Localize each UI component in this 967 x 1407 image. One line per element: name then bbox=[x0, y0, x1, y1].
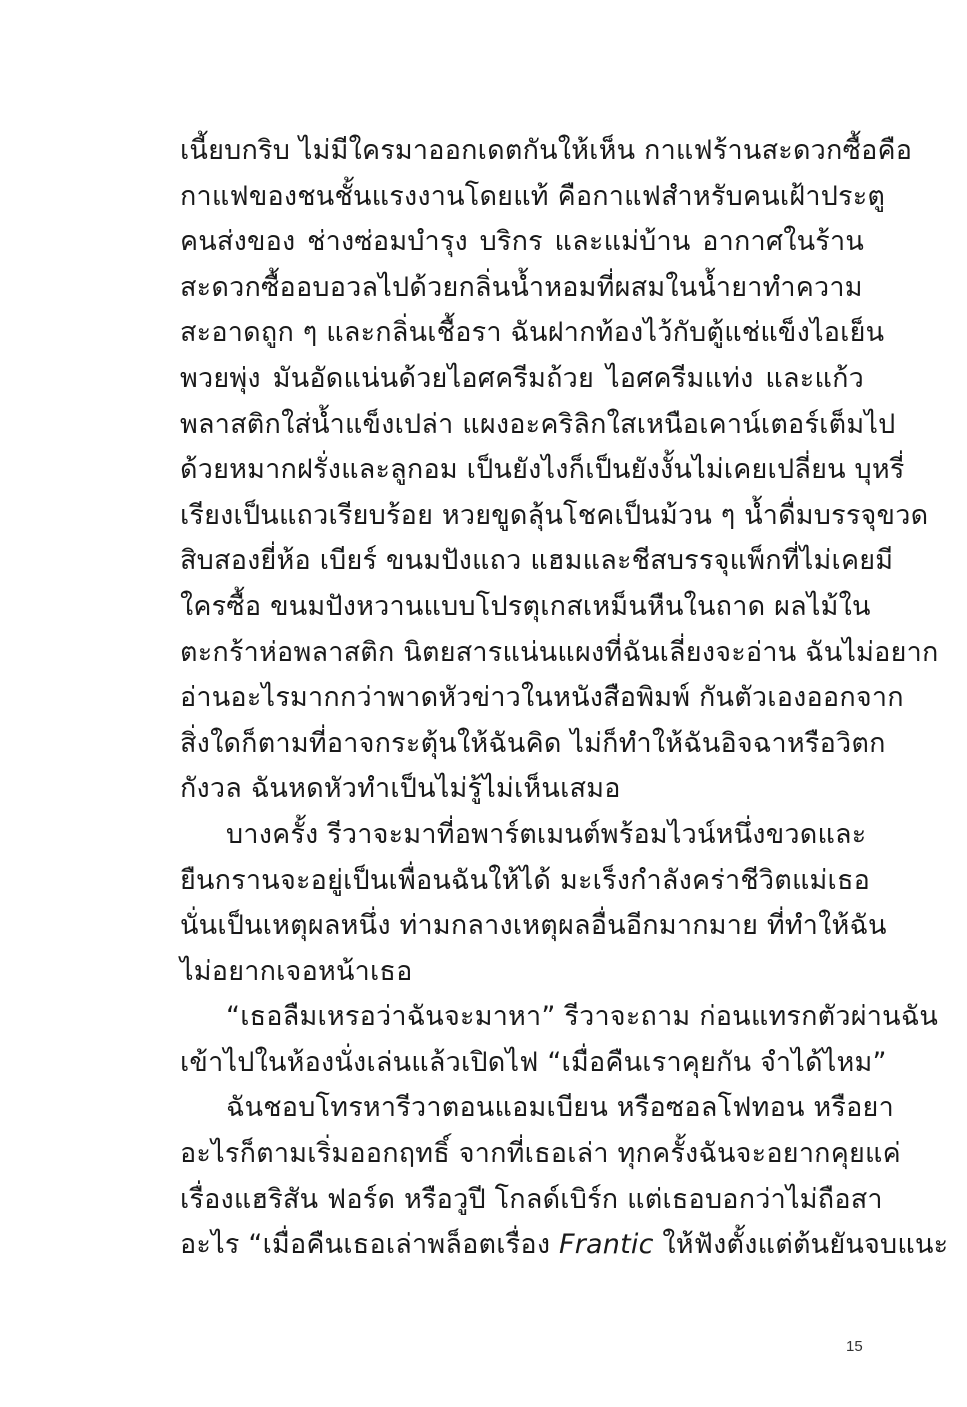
paragraph-start-line: “เธอลืมเหรอว่าฉันจะมาหา” รีวาจะถาม ก่อนแ… bbox=[180, 994, 864, 1040]
text-line: ด้วยหมากฝรั่งและลูกอม เป็นยังไงก็เป็นยัง… bbox=[180, 447, 864, 493]
movie-title: Frantic bbox=[559, 1229, 654, 1260]
text-line: พวยพุ่ง มันอัดแน่นด้วยไอศครีมถ้วย ไอศครี… bbox=[180, 356, 864, 402]
body-text: เนี้ยบกริบ ไม่มีใครมาออกเดตกันให้เห็น กา… bbox=[180, 128, 864, 1268]
paragraph-end-line: กังวล ฉันหดหัวทำเป็นไม่รู้ไม่เห็นเสมอ bbox=[180, 766, 864, 812]
text-line: เรียงเป็นแถวเรียบร้อย หวยขูดลุ้นโชคเป็นม… bbox=[180, 493, 864, 539]
paragraph-end-line: เข้าไปในห้องนั่งเล่นแล้วเปิดไฟ “เมื่อคืน… bbox=[180, 1040, 864, 1086]
text-line: อะไรก็ตามเริ่มออกฤทธิ์ จากที่เธอเล่า ทุก… bbox=[180, 1131, 864, 1177]
page-number: 15 bbox=[846, 1338, 863, 1355]
text-line: ยืนกรานจะอยู่เป็นเพื่อนฉันให้ได้ มะเร็งก… bbox=[180, 858, 864, 904]
paragraph-start-line: บางครั้ง รีวาจะมาที่อพาร์ตเมนต์พร้อมไวน์… bbox=[180, 812, 864, 858]
text-line: ใครซื้อ ขนมปังหวานแบบโปรตุเกสเหม็นหืนในถ… bbox=[180, 584, 864, 630]
text-line: สิบสองยี่ห้อ เบียร์ ขนมปังแถว แฮมและชีสบ… bbox=[180, 538, 864, 584]
text-segment: อะไร “เมื่อคืนเธอเล่าพล็อตเรื่อง bbox=[180, 1229, 559, 1260]
text-line: เนี้ยบกริบ ไม่มีใครมาออกเดตกันให้เห็น กา… bbox=[180, 128, 864, 174]
text-line: สะอาดถูก ๆ และกลิ่นเชื้อรา ฉันฝากท้องไว้… bbox=[180, 310, 864, 356]
text-line: ตะกร้าห่อพลาสติก นิตยสารแน่นแผงที่ฉันเลี… bbox=[180, 630, 864, 676]
text-segment: ให้ฟังตั้งแต่ต้นยันจบแนะ bbox=[654, 1229, 949, 1260]
text-line: อะไร “เมื่อคืนเธอเล่าพล็อตเรื่อง Frantic… bbox=[180, 1222, 864, 1268]
paragraph-start-line: ฉันชอบโทรหารีวาตอนแอมเบียน หรือซอลโฟทอน … bbox=[180, 1085, 864, 1131]
text-line: สะดวกซื้ออบอวลไปด้วยกลิ่นน้ำหอมที่ผสมในน… bbox=[180, 265, 864, 311]
text-line: นั่นเป็นเหตุผลหนึ่ง ท่ามกลางเหตุผลอื่นอี… bbox=[180, 903, 864, 949]
text-line: สิ่งใดก็ตามที่อาจกระตุ้นให้ฉันคิด ไม่ก็ท… bbox=[180, 721, 864, 767]
text-line: อ่านอะไรมากกว่าพาดหัวข่าวในหนังสือพิมพ์ … bbox=[180, 675, 864, 721]
book-page: เนี้ยบกริบ ไม่มีใครมาออกเดตกันให้เห็น กา… bbox=[0, 0, 967, 1407]
text-line: พลาสติกใส่น้ำแข็งเปล่า แผงอะคริลิกใสเหนื… bbox=[180, 402, 864, 448]
text-line: คนส่งของ ช่างซ่อมบำรุง บริกร และแม่บ้าน … bbox=[180, 219, 864, 265]
paragraph-end-line: ไม่อยากเจอหน้าเธอ bbox=[180, 949, 864, 995]
text-line: กาแฟของชนชั้นแรงงานโดยแท้ คือกาแฟสำหรับค… bbox=[180, 174, 864, 220]
text-line: เรื่องแฮริสัน ฟอร์ด หรือวูปี โกลด์เบิร์ก… bbox=[180, 1177, 864, 1223]
